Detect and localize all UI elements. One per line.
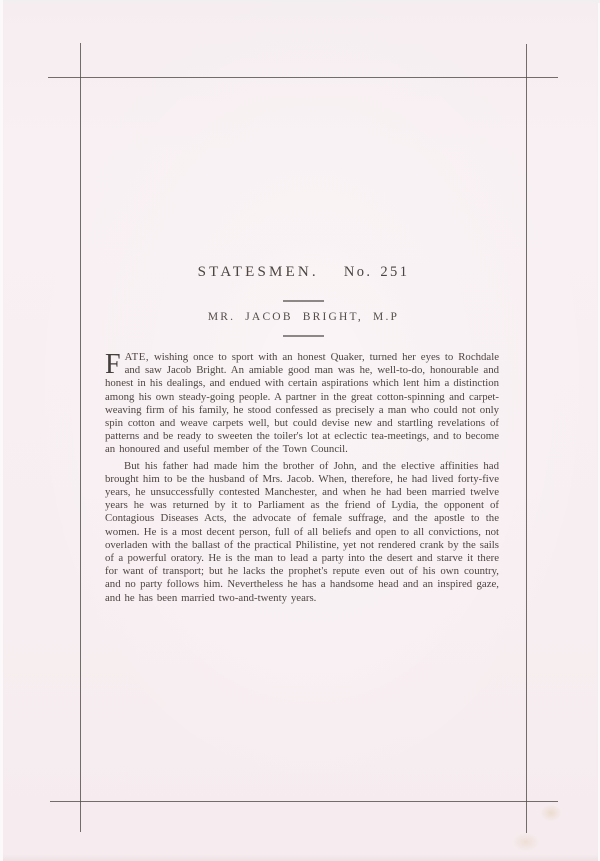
scanned-page: STATESMEN. No. 251 MR. JACOB BRIGHT, M.P… [0,0,600,861]
divider-rule-bottom [283,335,324,337]
paragraph-1-lead: ATE, [125,351,150,363]
article-body: FATE, wishing once to sport with an hone… [105,351,499,605]
paragraph-1: FATE, wishing once to sport with an hone… [105,351,499,457]
dropcap-letter: F [105,351,125,376]
paper-stain [540,804,562,822]
divider-rule-top [283,300,324,302]
series-title: STATESMEN. [198,264,319,281]
subject-heading: MR. JACOB BRIGHT, M.P [80,311,527,323]
frame-bottom-rule [50,801,558,802]
series-heading: STATESMEN. No. 251 [198,264,410,280]
paragraph-1-text: wishing once to sport with an honest Qua… [105,351,499,455]
paragraph-2: But his father had made him the brother … [105,460,499,605]
page-header: STATESMEN. No. 251 [80,263,527,281]
frame-top-rule [48,77,558,78]
paper-stain [512,832,540,852]
frame-left-rule [80,43,81,832]
frame-right-rule [526,44,527,833]
issue-number: No. 251 [344,264,410,281]
